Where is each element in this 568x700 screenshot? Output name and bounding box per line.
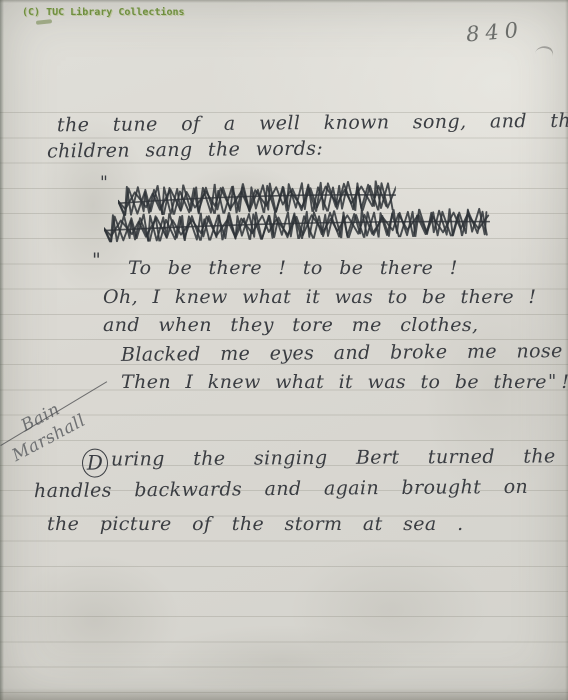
verse-line: To be there ! to be there ! [128,257,458,279]
library-watermark: (C) TUC Library Collections [22,7,185,18]
verse-close-quote: " [548,371,557,392]
scan-edge-bottom [0,688,568,700]
scan-edge-left [0,0,4,700]
text-line-closing-3: the picture of the storm at sea . [47,513,464,535]
verse-line: Oh, I knew what it was to be there ! [103,286,536,308]
verse-line: and when they tore me clothes, [103,314,478,336]
text-line-closing-1: During the singing Bert turned the [82,445,556,477]
text-line-opening-2: children sang the words: [47,138,323,163]
verse-line: Then I knew what it was to be there ! [121,371,568,393]
pencil-tick-mark [535,43,555,58]
circled-initial-d: D [82,448,108,477]
paper-stain [10,555,180,685]
scan-edge-top [0,0,568,3]
paper-stain [150,625,410,695]
verse-open-quote: " [92,249,101,271]
text-line-opening-1: the tune of a well known song, and the [57,110,568,137]
scribble-open-quote: " [100,173,108,193]
manuscript-page: (C) TUC Library Collections 840 the tune… [0,0,568,700]
text-line-closing-2: handles backwards and again brought on [34,476,528,502]
page-number: 840 [465,18,525,47]
paper-stain [290,545,490,675]
watermark-smudge [36,19,52,25]
verse-line: Blacked me eyes and broke me nose [121,340,563,366]
scribbled-out-line-2 [104,208,490,243]
closing-line-1-text: uring the singing Bert turned the [111,445,556,470]
